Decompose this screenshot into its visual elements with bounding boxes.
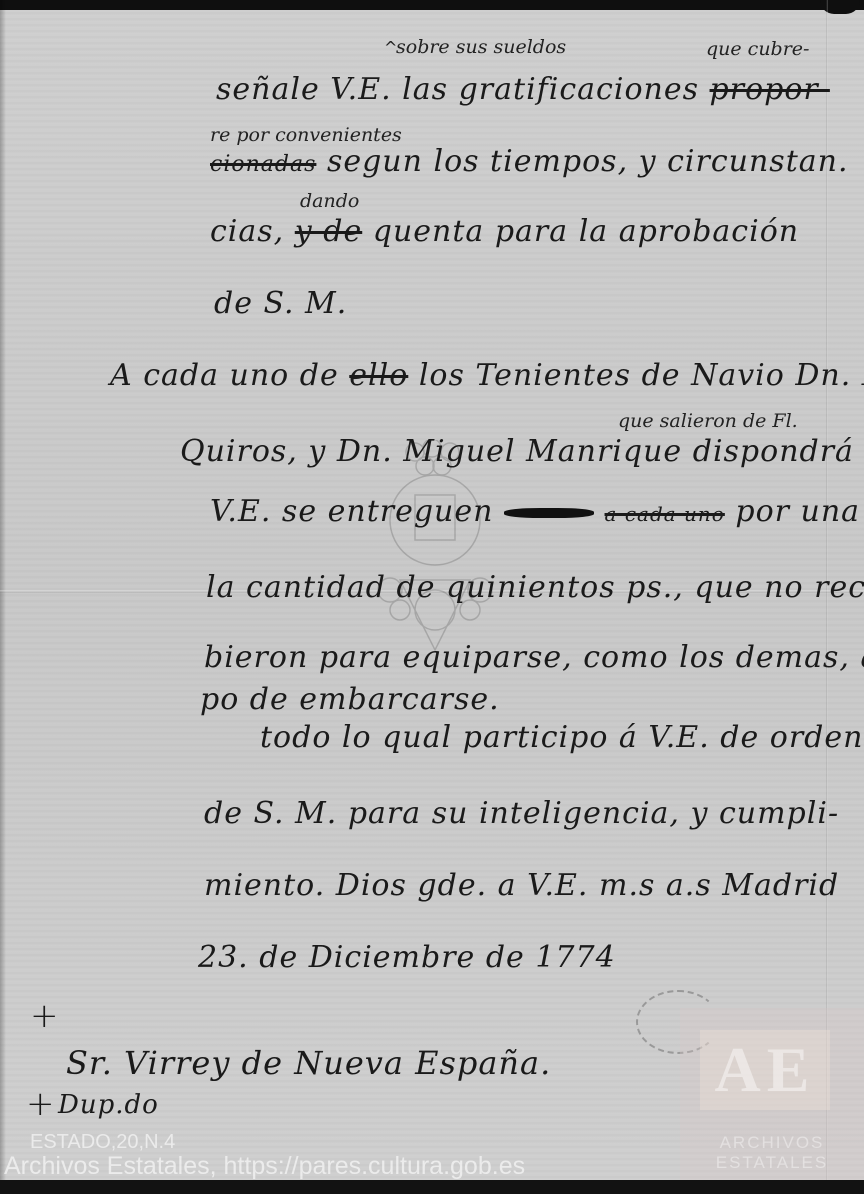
text-line-2: cionadas segun los tiempos, y circunstan… bbox=[210, 144, 849, 179]
line-10-text: po de embarcarse. bbox=[200, 682, 500, 717]
line-4-text: de S. M. bbox=[214, 286, 347, 321]
text-line-8: la cantidad de quinientos ps., que no re… bbox=[206, 570, 864, 605]
text-line-9: bieron para equiparse, como los demas, a… bbox=[204, 640, 864, 675]
page-bottom-edge bbox=[0, 1180, 864, 1194]
line-5-text-after: los Tenientes de Navio Dn. Fern.do bbox=[419, 358, 864, 393]
line-6-text-after: dispondrá bbox=[693, 434, 854, 469]
duplicate-note-text: Dup.do bbox=[58, 1090, 159, 1120]
line-3-text-before: cias, bbox=[210, 214, 284, 249]
struck-word: propor- bbox=[710, 72, 830, 107]
addressee-text: Sr. Virrey de Nueva España. bbox=[66, 1044, 551, 1082]
text-line-12: de S. M. para su inteligencia, y cumpli- bbox=[204, 796, 839, 831]
cross-mark-1: + bbox=[30, 996, 59, 1036]
ink-blot bbox=[504, 508, 594, 518]
line-7-text-after: por una vez bbox=[735, 494, 864, 529]
line-7-text-before: V.E. se entreguen bbox=[210, 494, 493, 529]
insertion-sobre-sus-sueldos: sobre sus sueldos bbox=[396, 36, 566, 58]
duplicate-note: Dup.do bbox=[58, 1090, 159, 1120]
line-6-text: Quiros, y Dn. Miguel Manrique bbox=[180, 434, 682, 469]
archivos-estatales-logo: AE ARCHIVOS ESTATALES bbox=[680, 1008, 864, 1180]
line-11-text: todo lo qual participo á V.E. de orden bbox=[260, 720, 863, 755]
logo-initials: AE bbox=[700, 1030, 830, 1110]
line-2-text: segun los tiempos, y circunstan. bbox=[327, 144, 849, 179]
struck-word: ello bbox=[349, 358, 408, 393]
line-3-text-after: quenta para la aprobación bbox=[373, 214, 799, 249]
insertion-que-salieron: que salieron de Fl. bbox=[618, 410, 798, 432]
text-line-1: señale V.E. las gratificaciones propor- bbox=[216, 72, 830, 107]
text-line-10: po de embarcarse. bbox=[200, 682, 500, 717]
page-left-shadow bbox=[0, 0, 6, 1194]
insertion-re-por-convenientes: re por convenientes bbox=[210, 124, 402, 146]
paper-watermark-seal-icon bbox=[370, 440, 510, 670]
line-5-text-before: A cada uno de bbox=[110, 358, 339, 393]
date-line: 23. de Diciembre de 1774 bbox=[198, 940, 616, 975]
text-line-6: Quiros, y Dn. Miguel Manrique dispondrá bbox=[180, 434, 854, 469]
line-13-text: miento. Dios gde. a V.E. m.s a.s Madrid bbox=[204, 868, 839, 903]
line-8-text: la cantidad de quinientos ps., que no re… bbox=[206, 570, 864, 605]
logo-text-line-2: ESTATALES bbox=[680, 1153, 864, 1173]
cross-mark-2: + bbox=[26, 1084, 55, 1124]
text-line-5: A cada uno de ello los Tenientes de Navi… bbox=[110, 358, 864, 393]
text-line-3: cias, y de quenta para la aprobación bbox=[210, 214, 799, 249]
insertion-dando: dando bbox=[300, 190, 359, 212]
insertion-que-cubre: que cubre- bbox=[706, 38, 809, 60]
archive-reference: ESTADO,20,N.4 bbox=[30, 1131, 175, 1154]
date-text: 23. de Diciembre de 1774 bbox=[198, 940, 616, 975]
line-12-text: de S. M. para su inteligencia, y cumpli- bbox=[204, 796, 839, 831]
line-1-text: señale V.E. las gratificaciones bbox=[216, 72, 699, 107]
struck-word: y de bbox=[295, 214, 362, 249]
page-top-edge bbox=[0, 0, 864, 10]
document-page: ^ sobre sus sueldos que cubre- señale V.… bbox=[0, 0, 864, 1194]
logo-text: ARCHIVOS ESTATALES bbox=[680, 1133, 864, 1173]
struck-word: a cada uno bbox=[605, 502, 725, 526]
text-line-13: miento. Dios gde. a V.E. m.s a.s Madrid bbox=[204, 868, 839, 903]
struck-word: cionadas bbox=[210, 152, 316, 177]
archive-source-link: Archivos Estatales, https://pares.cultur… bbox=[4, 1152, 525, 1181]
text-line-7: V.E. se entreguen a cada uno por una vez bbox=[210, 494, 864, 529]
text-line-11: todo lo qual participo á V.E. de orden bbox=[260, 720, 863, 755]
addressee-line: Sr. Virrey de Nueva España. bbox=[66, 1044, 551, 1082]
logo-text-line-1: ARCHIVOS bbox=[680, 1133, 864, 1153]
text-line-4: de S. M. bbox=[214, 286, 347, 321]
line-9-text: bieron para equiparse, como los demas, a… bbox=[204, 640, 864, 675]
